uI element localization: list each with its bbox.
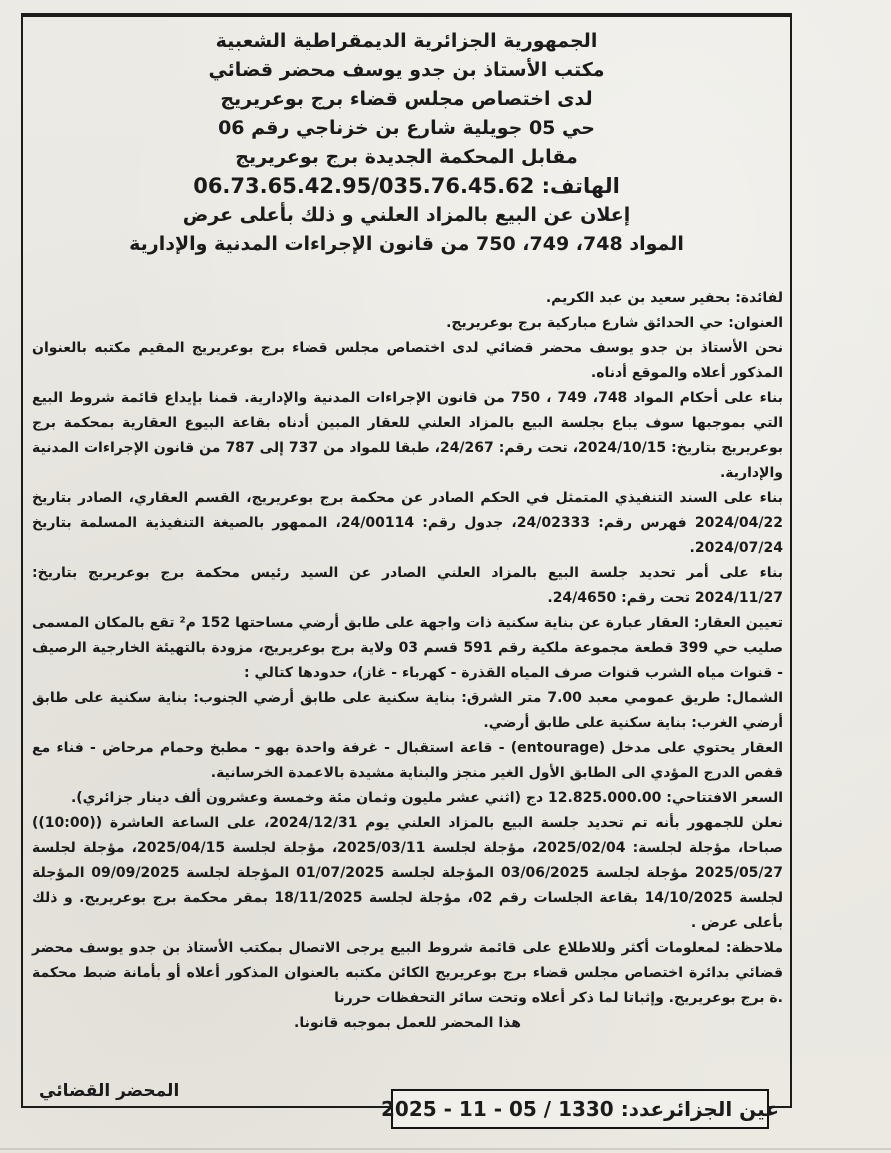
document-header: الجمهورية الجزائرية الديمقراطية الشعبية … bbox=[23, 17, 790, 259]
deposit-clause: بناء على أحكام المواد 748، 749 ، 750 من … bbox=[32, 386, 783, 486]
header-line-jurisdiction: لدى اختصاص مجلس قضاء برج بوعريريج bbox=[23, 85, 790, 114]
opening-price: السعر الافتتاحي: 12.825.000.00 دج (اثني … bbox=[32, 786, 783, 811]
beneficiary-line: لفائدة: بحفير سعيد بن عبد الكريم. bbox=[32, 286, 783, 311]
property-designation: تعيين العقار: العقار عبارة عن بناية سكني… bbox=[32, 611, 783, 686]
header-line-republic: الجمهورية الجزائرية الديمقراطية الشعبية bbox=[23, 27, 790, 56]
header-line-phone: الهاتف: 06.73.65.42.95/035.76.45.62 bbox=[23, 172, 790, 201]
closing-line: هذا المحضر للعمل بموجبه قانونا. bbox=[32, 1011, 783, 1036]
header-line-legal-articles: المواد 748، 749، 750 من قانون الإجراءات … bbox=[23, 230, 790, 259]
property-boundaries: الشمال: طريق عمومي معبد 7.00 متر الشرق: … bbox=[32, 686, 783, 736]
property-contents: العقار يحتوي على مدخل (entourage) - قاعة… bbox=[32, 736, 783, 786]
document-frame: الجمهورية الجزائرية الديمقراطية الشعبية … bbox=[21, 13, 792, 1108]
scan-edge-artifact bbox=[0, 1148, 891, 1150]
officer-intro: نحن الأستاذ بن جدو يوسف محضر قضائي لدى ا… bbox=[32, 336, 783, 386]
stamp-text: عين الجزائرعدد: 1330 / 05 - 11 - 2025 bbox=[381, 1097, 779, 1121]
contact-note: ملاحظة: لمعلومات أكثر وللاطلاع على قائمة… bbox=[32, 936, 783, 1011]
writ-clause: بناء على السند التنفيذي المتمثل في الحكم… bbox=[32, 486, 783, 561]
document-body: لفائدة: بحفير سعيد بن عبد الكريم. العنوا… bbox=[23, 286, 790, 1036]
header-line-landmark: مقابل المحكمة الجديدة برج بوعريريج bbox=[23, 143, 790, 172]
header-line-notice-title: إعلان عن البيع بالمزاد العلني و ذلك بأعل… bbox=[23, 201, 790, 230]
session-order-clause: بناء على أمر تحديد جلسة البيع بالمزاد ال… bbox=[32, 561, 783, 611]
address-line: العنوان: حي الحدائق شارع مباركية برج بوع… bbox=[32, 311, 783, 336]
newspaper-stamp-box: عين الجزائرعدد: 1330 / 05 - 11 - 2025 bbox=[391, 1089, 769, 1129]
signature-label: المحضر القضائي bbox=[39, 1081, 179, 1101]
header-line-street: حي 05 جويلية شارع بن خزناجي رقم 06 bbox=[23, 114, 790, 143]
scanned-auction-notice: { "colors": { "paper": "#EAE8E2", "ink":… bbox=[0, 0, 891, 1153]
auction-sessions: نعلن للجمهور بأنه تم تحديد جلسة البيع با… bbox=[32, 811, 783, 936]
header-line-office: مكتب الأستاذ بن جدو يوسف محضر قضائي bbox=[23, 56, 790, 85]
